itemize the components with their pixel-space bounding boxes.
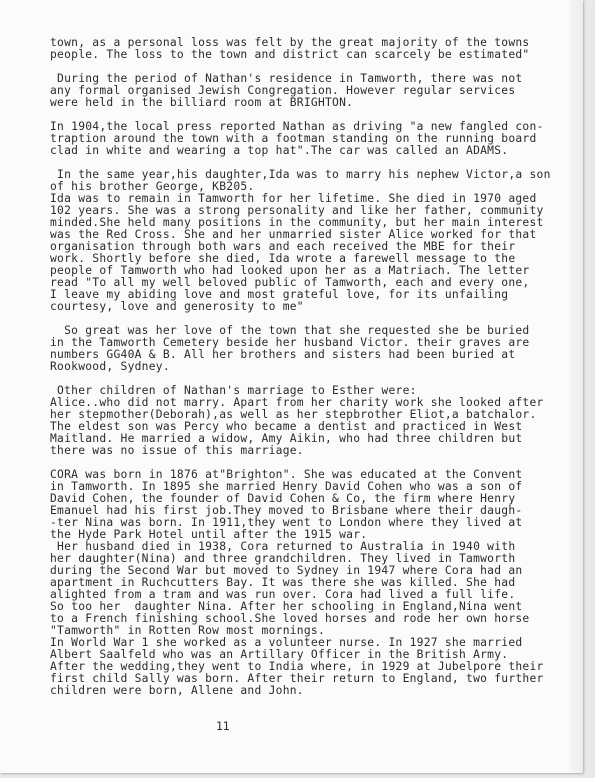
- document-page: town, as a personal loss was felt by the…: [0, 0, 583, 773]
- paragraph: town, as a personal loss was felt by the…: [50, 37, 551, 61]
- paragraph: In 1904,the local press reported Nathan …: [50, 121, 551, 157]
- text-line: courtesy, love and generosity to me": [50, 301, 551, 313]
- text-line: people. The loss to the town and distric…: [50, 49, 551, 61]
- paragraph: CORA was born in 1876 at"Brighton". She …: [50, 469, 551, 697]
- text-line: Rookwood, Sydney.: [50, 361, 551, 373]
- text-line: clad in white and wearing a top hat".The…: [50, 145, 551, 157]
- paragraph: In the same year,his daughter,Ida was to…: [50, 169, 551, 313]
- paragraph: During the period of Nathan's residence …: [50, 73, 551, 109]
- paragraph: So great was her love of the town that s…: [50, 325, 551, 373]
- page-edge-shadow: [569, 0, 583, 773]
- text-line: children were born, Allene and John.: [50, 685, 551, 697]
- page-number: 11: [216, 720, 230, 733]
- text-line: were held in the billiard room at BRIGHT…: [50, 97, 551, 109]
- document-body: town, as a personal loss was felt by the…: [50, 37, 551, 697]
- text-line: there was no issue of this marriage.: [50, 445, 551, 457]
- paragraph: Other children of Nathan's marriage to E…: [50, 385, 551, 457]
